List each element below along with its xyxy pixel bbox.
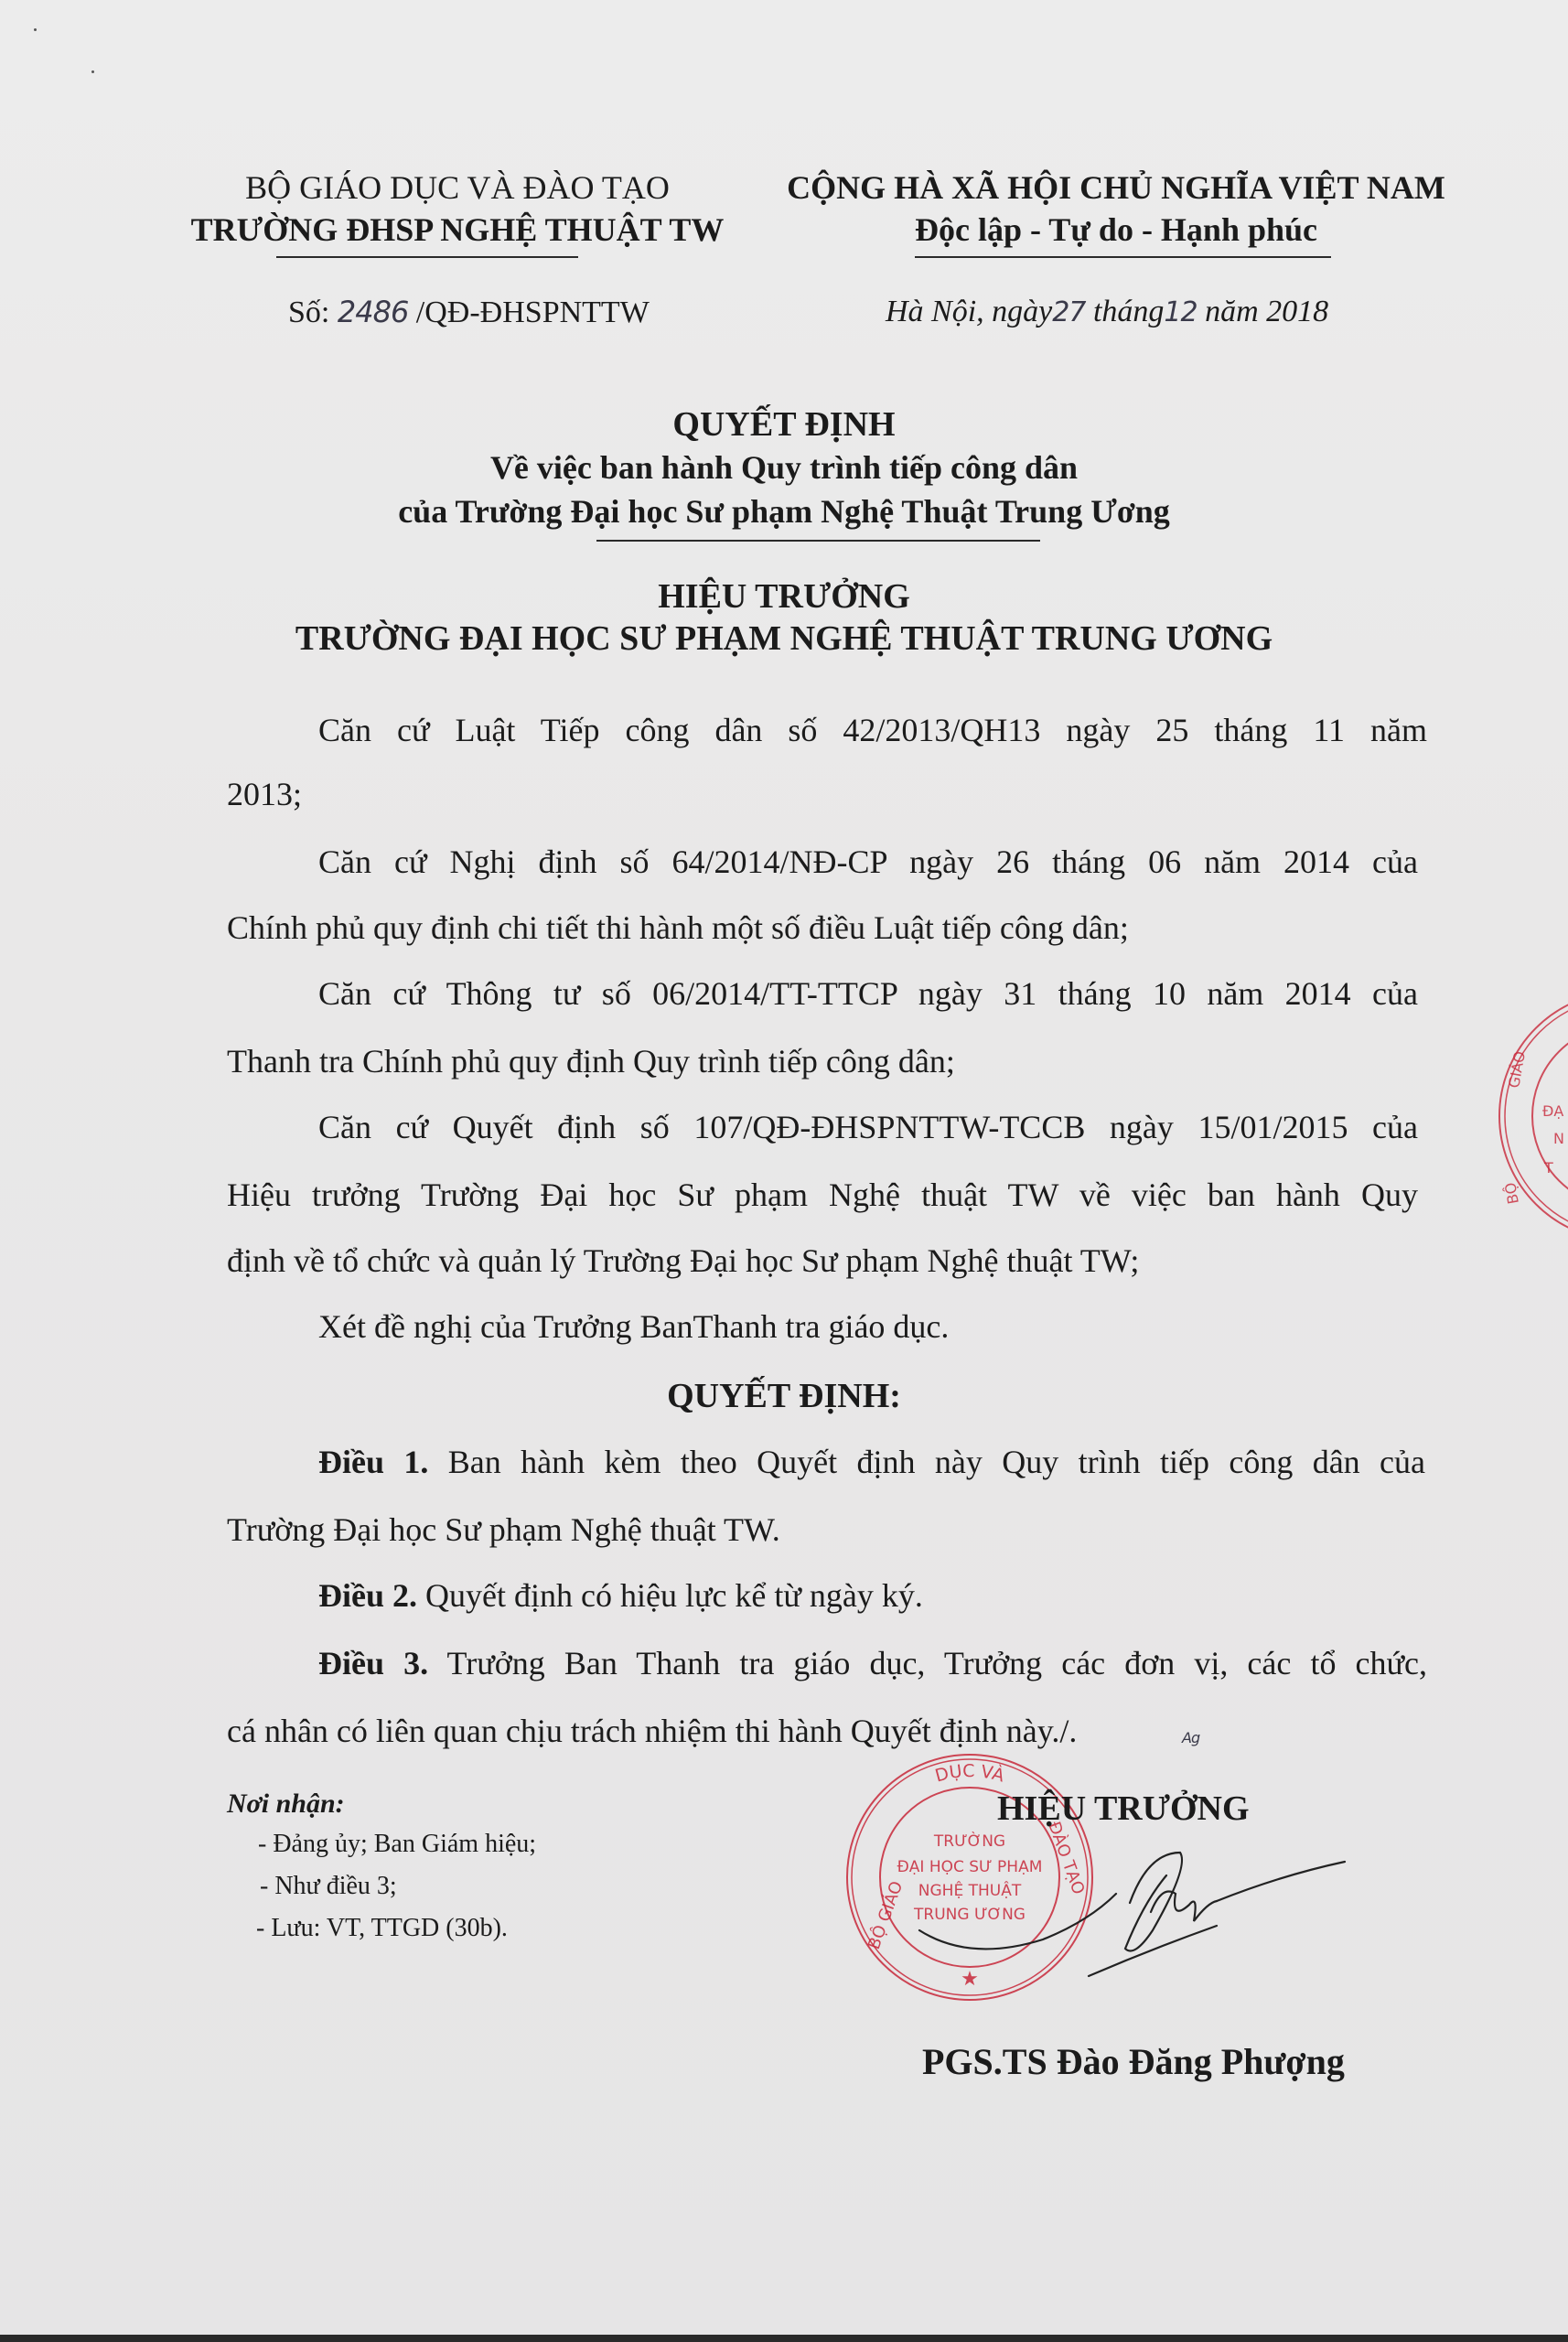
preamble-3-line1: Căn cứ Thông tư số 06/2014/TT-TTCP ngày …	[318, 975, 1418, 1012]
recipients-heading: Nơi nhận:	[227, 1789, 345, 1819]
ministry-name: BỘ GIÁO DỤC VÀ ĐÀO TẠO	[174, 168, 741, 207]
article-3-line2: cá nhân có liên quan chịu trách nhiệm th…	[227, 1713, 1077, 1749]
article-1-text: Ban hành kèm theo Quyết định này Quy trì…	[428, 1444, 1425, 1480]
preamble-3-line2: Thanh tra Chính phủ quy định Quy trình t…	[227, 1043, 955, 1080]
seal-partial-right-edge: GIÁO BỘ ĐẠ N T	[1491, 979, 1568, 1253]
preamble-2-line2: Chính phủ quy định chi tiết thi hành một…	[227, 909, 1129, 946]
preamble-5: Xét đề nghị của Trưởng BanThanh tra giáo…	[318, 1308, 949, 1345]
svg-text:ĐẠ: ĐẠ	[1542, 1102, 1563, 1120]
paper-speck	[34, 28, 37, 31]
article-2: Điều 2. Quyết định có hiệu lực kể từ ngà…	[318, 1577, 923, 1614]
decision-subject-line1: Về việc ban hành Quy trình tiếp công dân	[0, 448, 1568, 487]
date-year: năm 2018	[1205, 295, 1328, 328]
date-place: Hà Nội, ngày	[886, 295, 1052, 328]
recipient-item: - Lưu: VT, TTGD (30b).	[256, 1914, 508, 1943]
authority-title: HIỆU TRƯỞNG	[0, 576, 1568, 617]
preamble-4-line2: Hiệu trưởng Trường Đại học Sư phạm Nghệ …	[227, 1176, 1418, 1213]
date-day-handwritten: 27	[1052, 296, 1085, 328]
article-3-line1: Điều 3. Trưởng Ban Thanh tra giáo dục, T…	[318, 1645, 1427, 1681]
decision-subject-line2: của Trường Đại học Sư phạm Nghệ Thuật Tr…	[0, 492, 1568, 531]
header-left-underline	[276, 256, 578, 258]
number-handwritten: 2486	[338, 295, 408, 329]
national-motto: Độc lập - Tự do - Hạnh phúc	[768, 210, 1464, 249]
svg-text:N: N	[1553, 1130, 1564, 1147]
svg-text:DỤC VÀ: DỤC VÀ	[933, 1761, 1007, 1787]
decision-heading: QUYẾT ĐỊNH:	[0, 1376, 1568, 1416]
preamble-1-line2: 2013;	[227, 776, 302, 812]
authority-school: TRƯỜNG ĐẠI HỌC SƯ PHẠM NGHỆ THUẬT TRUNG …	[0, 618, 1568, 659]
number-prefix: Số:	[288, 295, 329, 329]
article-1-label: Điều 1.	[318, 1444, 428, 1480]
header-right-underline	[915, 256, 1331, 258]
recipient-item: - Như điều 3;	[260, 1872, 397, 1901]
svg-text:T: T	[1543, 1159, 1553, 1176]
school-short-name: TRƯỜNG ĐHSP NGHỆ THUẬT TW	[174, 210, 741, 249]
recipient-item: - Đảng ủy; Ban Giám hiệu;	[258, 1830, 536, 1859]
article-1-line1: Điều 1. Ban hành kèm theo Quyết định này…	[318, 1444, 1425, 1480]
document-page: BỘ GIÁO DỤC VÀ ĐÀO TẠO TRƯỜNG ĐHSP NGHỆ …	[0, 0, 1568, 2335]
preamble-4-line3: định về tổ chức và quản lý Trường Đại họ…	[227, 1242, 1139, 1279]
initials-handwritten: Ag	[1182, 1729, 1199, 1746]
subject-underline	[596, 540, 1040, 542]
number-suffix: /QĐ-ĐHSPNTTW	[416, 295, 650, 329]
preamble-2-line1: Căn cứ Nghị định số 64/2014/NĐ-CP ngày 2…	[318, 843, 1418, 880]
date-month-handwritten: 12	[1164, 296, 1197, 328]
article-3-label: Điều 3.	[318, 1645, 428, 1681]
signer-name: PGS.TS Đào Đăng Phượng	[922, 2040, 1345, 2083]
svg-text:BỘ: BỘ	[1501, 1181, 1522, 1206]
svg-text:GIÁO: GIÁO	[1505, 1050, 1529, 1090]
country-name: CỘNG HÀ XÃ HỘI CHỦ NGHĨA VIỆT NAM	[768, 168, 1464, 207]
signature-title: HIỆU TRƯỞNG	[997, 1789, 1250, 1829]
article-2-label: Điều 2.	[318, 1577, 417, 1614]
date-month-label: tháng	[1093, 295, 1164, 328]
article-1-line2: Trường Đại học Sư phạm Nghệ thuật TW.	[227, 1511, 780, 1548]
preamble-1-line1: Căn cứ Luật Tiếp công dân số 42/2013/QH1…	[318, 712, 1427, 748]
article-3-text: Trưởng Ban Thanh tra giáo dục, Trưởng cá…	[428, 1645, 1427, 1681]
document-number: Số: 2486 /QĐ-ĐHSPNTTW	[288, 295, 650, 330]
decision-title: QUYẾT ĐỊNH	[0, 404, 1568, 445]
preamble-4-line1: Căn cứ Quyết định số 107/QĐ-ĐHSPNTTW-TCC…	[318, 1109, 1418, 1145]
paper-speck	[91, 70, 94, 73]
signature-scribble	[915, 1848, 1354, 1985]
svg-text:BỘ GIÁO: BỘ GIÁO	[864, 1878, 907, 1952]
document-date: Hà Nội, ngày27 tháng12 năm 2018	[886, 295, 1328, 329]
article-2-text: Quyết định có hiệu lực kể từ ngày ký.	[417, 1577, 923, 1614]
